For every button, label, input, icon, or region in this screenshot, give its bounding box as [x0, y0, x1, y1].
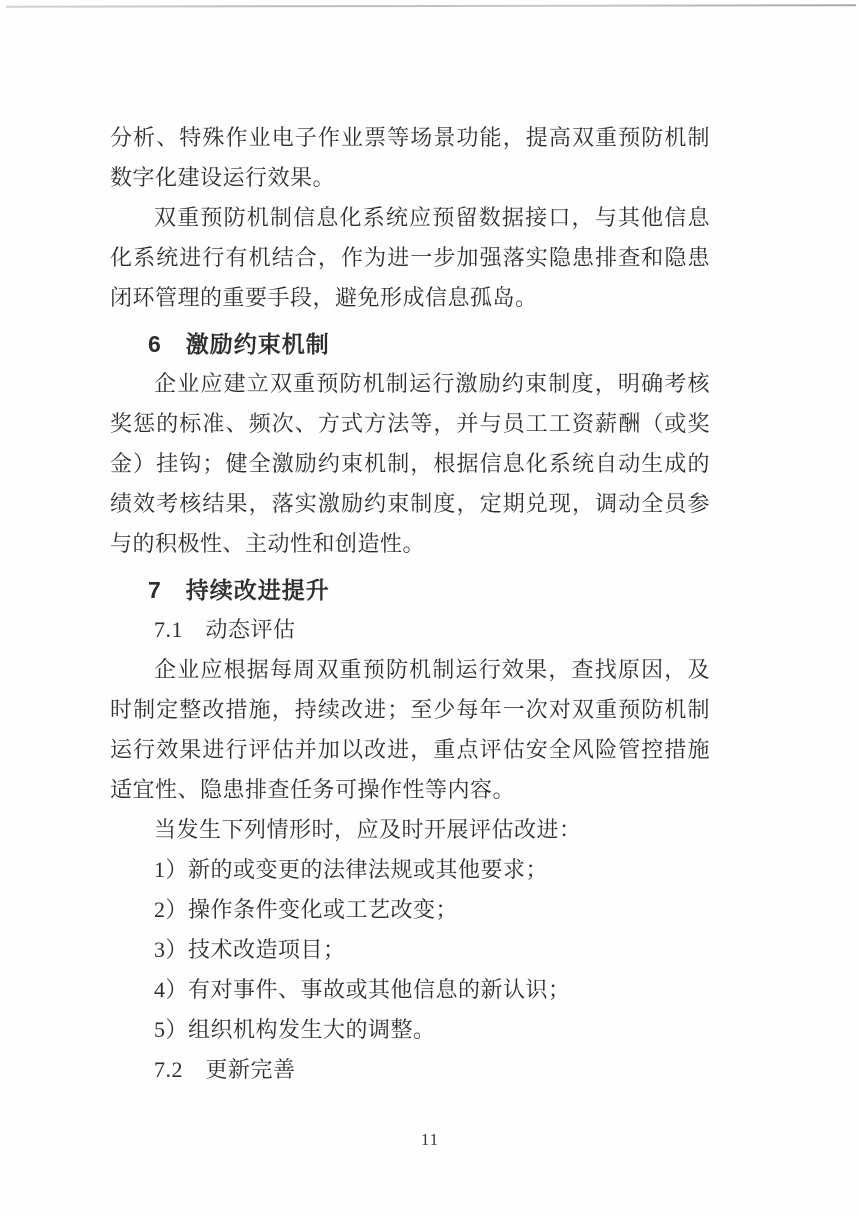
document-content: 分析、特殊作业电子作业票等场景功能，提高双重预防机制 数字化建设运行效果。 双重…: [110, 118, 710, 1090]
scan-artifact-line: [6, 4, 856, 7]
paragraph-line: 双重预防机制信息化系统应预留数据接口，与其他信息: [110, 198, 710, 238]
section-7-heading: 7 持续改进提升: [110, 570, 710, 610]
list-item-4: 4）有对事件、事故或其他信息的新认识；: [110, 970, 710, 1010]
paragraph-line: 企业应根据每周双重预防机制运行效果，查找原因，及: [110, 650, 710, 690]
paragraph-line: 奖惩的标准、频次、方式方法等，并与员工工资薪酬（或奖: [110, 404, 710, 444]
paragraph-line: 绩效考核结果，落实激励约束制度，定期兑现，调动全员参: [110, 484, 710, 524]
list-item-3: 3）技术改造项目；: [110, 930, 710, 970]
paragraph-line: 与的积极性、主动性和创造性。: [110, 524, 710, 564]
paragraph-line: 数字化建设运行效果。: [110, 158, 710, 198]
paragraph-line: 企业应建立双重预防机制运行激励约束制度，明确考核: [110, 364, 710, 404]
paragraph-line: 时制定整改措施，持续改进；至少每年一次对双重预防机制: [110, 690, 710, 730]
paragraph-line: 闭环管理的重要手段，避免形成信息孤岛。: [110, 278, 710, 318]
paragraph-line: 当发生下列情形时，应及时开展评估改进：: [110, 810, 710, 850]
paragraph-line: 金）挂钩；健全激励约束机制，根据信息化系统自动生成的: [110, 444, 710, 484]
list-item-2: 2）操作条件变化或工艺改变；: [110, 890, 710, 930]
paragraph-line: 适宜性、隐患排查任务可操作性等内容。: [110, 770, 710, 810]
page-number: 11: [0, 1130, 860, 1150]
section-7-2-heading: 7.2 更新完善: [110, 1050, 710, 1090]
list-item-1: 1）新的或变更的法律法规或其他要求；: [110, 850, 710, 890]
paragraph-line: 化系统进行有机结合，作为进一步加强落实隐患排查和隐患: [110, 238, 710, 278]
section-6-heading: 6 激励约束机制: [110, 324, 710, 364]
section-7-1-heading: 7.1 动态评估: [110, 610, 710, 650]
paragraph-line: 分析、特殊作业电子作业票等场景功能，提高双重预防机制: [110, 118, 710, 158]
document-page: 分析、特殊作业电子作业票等场景功能，提高双重预防机制 数字化建设运行效果。 双重…: [0, 0, 860, 1216]
list-item-5: 5）组织机构发生大的调整。: [110, 1010, 710, 1050]
paragraph-line: 运行效果进行评估并加以改进，重点评估安全风险管控措施: [110, 730, 710, 770]
